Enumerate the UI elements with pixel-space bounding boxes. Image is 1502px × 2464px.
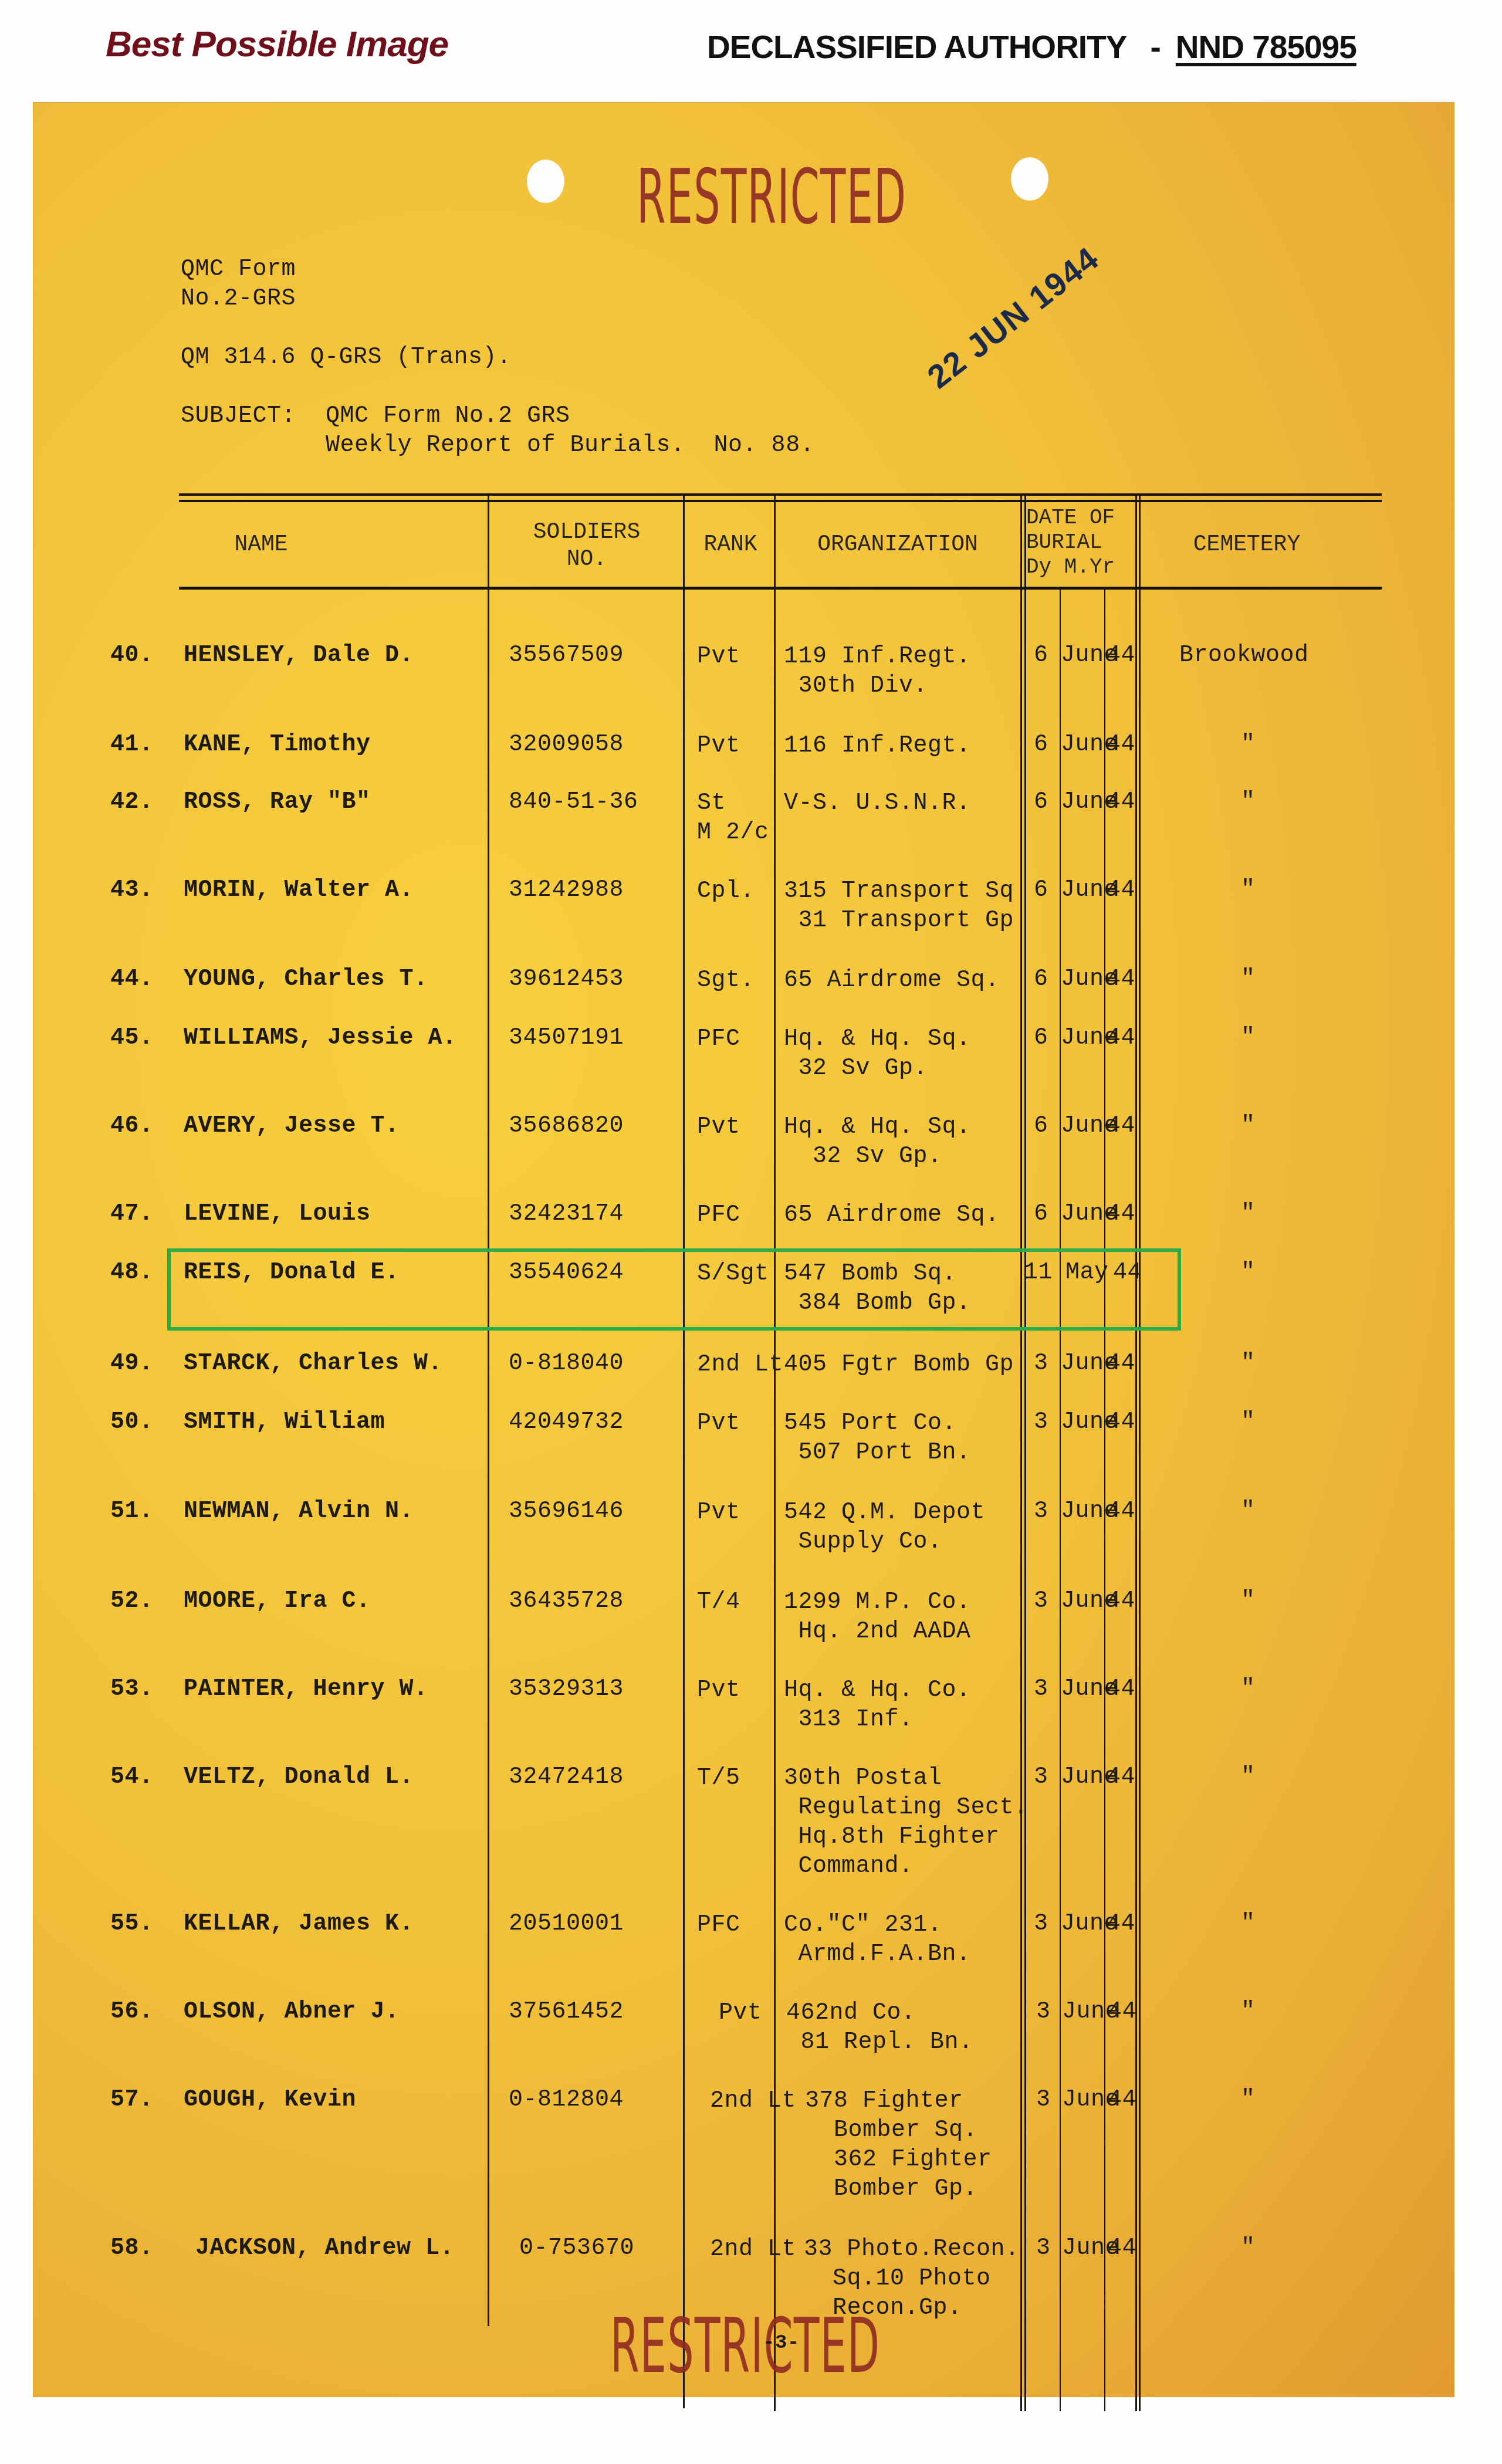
row-name: YOUNG, Charles T. [184,966,428,993]
best-possible-image-label: Best Possible Image [106,23,448,65]
row-organization: 405 Fgtr Bomb Gp [784,1351,1014,1380]
row-number: 46. [110,1113,154,1139]
row-cemetery-ditto: " [1241,1409,1256,1436]
restricted-stamp-bottom: RESTRICTED [610,2303,880,2390]
row-organization: V-S. U.S.N.R. [784,789,971,818]
row-organization: 65 Airdrome Sq. [784,1201,1000,1230]
row-day: 6 [1034,966,1048,993]
row-serial: 39612453 [509,966,624,993]
row-name: WILLIAMS, Jessie A. [184,1025,457,1051]
row-day: 3 [1036,1999,1051,2025]
row-cemetery-ditto: " [1241,1588,1256,1615]
row-rank: Pvt [719,1999,762,2028]
row-rank: T/4 [697,1588,740,1617]
row-number: 41. [110,732,154,758]
row-number: 48. [110,1260,154,1286]
row-rank: PFC [697,1025,740,1054]
row-number: 49. [110,1351,154,1377]
row-organization: 315 Transport Sq 31 Transport Gp [784,877,1014,936]
row-year: 44 [1107,642,1135,669]
row-name: STARCK, Charles W. [184,1351,442,1377]
row-name: LEVINE, Louis [184,1201,371,1227]
row-organization: 65 Airdrome Sq. [784,966,1000,996]
subject-line2: Weekly Report of Burials. No. 88. [326,432,814,459]
row-organization: 119 Inf.Regt. 30th Div. [784,642,971,701]
row-day: 3 [1036,2235,1051,2262]
row-month: May [1065,1260,1109,1286]
row-name: SMITH, William [184,1409,385,1436]
row-number: 44. [110,966,154,993]
row-day: 6 [1034,1113,1048,1139]
row-name: REIS, Donald E. [184,1260,400,1286]
row-year: 44 [1107,1588,1135,1615]
row-rank: Cpl. [697,877,755,906]
row-organization: 547 Bomb Sq. 384 Bomb Gp. [784,1260,971,1318]
table-top-rule-1 [179,493,1382,496]
row-organization: 545 Port Co. 507 Port Bn. [784,1409,971,1468]
row-year: 44 [1107,1911,1135,1937]
header-name: NAME [232,532,290,559]
row-serial: 20510001 [509,1911,624,1937]
row-serial: 34507191 [509,1025,624,1051]
page-number: -3- [763,2332,800,2354]
punch-hole-left [527,160,564,203]
row-cemetery-ditto: " [1241,1351,1256,1377]
file-reference: QM 314.6 Q-GRS (Trans). [181,344,512,371]
row-organization: Hq. & Hq. Co. 313 Inf. [784,1676,971,1735]
row-day: 6 [1034,877,1048,903]
row-rank: Pvt [697,1409,740,1439]
row-rank: Pvt [697,732,740,761]
row-day: 3 [1034,1498,1048,1525]
row-name: OLSON, Abner J. [184,1999,400,2025]
row-name: PAINTER, Henry W. [184,1676,428,1703]
row-day: 3 [1034,1588,1048,1615]
row-serial: 840-51-36 [509,789,638,815]
col-divider-date-cemetery-a [1135,496,1137,2411]
row-cemetery-ditto: " [1241,1498,1256,1525]
row-organization: 1299 M.P. Co. Hq. 2nd AADA [784,1588,971,1647]
row-rank: St M 2/c [697,789,769,848]
row-serial: 31242988 [509,877,624,903]
row-cemetery-ditto: " [1241,877,1256,903]
row-serial: 35696146 [509,1498,624,1525]
subject-label: SUBJECT: [181,403,296,429]
declassified-authority-label: DECLASSIFIED AUTHORITY-NND 785095 [707,28,1356,66]
nnd-code: NND 785095 [1176,29,1356,65]
subject-line1: QMC Form No.2 GRS [326,403,570,429]
row-name: ROSS, Ray "B" [184,789,371,815]
row-rank: Pvt [697,1498,740,1528]
row-day: 6 [1034,1025,1048,1051]
row-number: 51. [110,1498,154,1525]
row-rank: PFC [697,1201,740,1230]
row-organization: 542 Q.M. Depot Supply Co. [784,1498,985,1557]
row-organization: 116 Inf.Regt. [784,732,971,761]
header-cemetery: CEMETERY [1144,532,1349,559]
row-year: 44 [1107,877,1135,903]
row-serial: 32472418 [509,1764,624,1791]
row-organization: Co."C" 231. Armd.F.A.Bn. [784,1911,971,1969]
row-organization: 462nd Co. 81 Repl. Bn. [786,1999,973,2057]
row-year: 44 [1107,1113,1135,1139]
row-day: 3 [1034,1676,1048,1703]
row-year: 44 [1107,966,1135,993]
row-rank: 2nd Lt [710,2235,796,2265]
row-serial: 32423174 [509,1201,624,1227]
header-date-of-burial: DATE OF BURIAL Dy M.Yr [1024,506,1141,580]
row-rank: Pvt [697,1676,740,1705]
row-day: 3 [1036,2087,1051,2113]
row-day: 6 [1034,732,1048,758]
row-rank: Sgt. [697,966,755,996]
table-top-rule-2 [179,500,1382,502]
row-serial: 36435728 [509,1588,624,1615]
row-serial: 0-818040 [509,1351,624,1377]
row-day: 3 [1034,1911,1048,1937]
row-cemetery-ditto: " [1241,789,1256,815]
row-rank: Pvt [697,1113,740,1142]
row-rank: PFC [697,1911,740,1940]
row-organization: Hq. & Hq. Sq. 32 Sv Gp. [784,1025,971,1084]
row-cemetery-ditto: " [1241,1676,1256,1703]
row-name: MORIN, Walter A. [184,877,414,903]
declassified-authority-text: DECLASSIFIED AUTHORITY [707,29,1126,65]
row-cemetery-ditto: " [1241,1025,1256,1051]
row-cemetery-ditto: " [1241,1201,1256,1227]
row-number: 55. [110,1911,154,1937]
row-name: KANE, Timothy [184,732,371,758]
row-day: 6 [1034,789,1048,815]
row-cemetery-ditto: " [1241,1260,1256,1286]
row-year: 44 [1107,1025,1135,1051]
row-year: 44 [1107,1676,1135,1703]
row-rank: 2nd Lt [710,2087,796,2116]
row-cemetery: Brookwood [1179,642,1309,669]
row-rank: T/5 [697,1764,740,1793]
row-number: 53. [110,1676,154,1703]
col-divider-serial-rank [683,496,685,2408]
row-year: 44 [1108,2235,1136,2262]
row-number: 56. [110,1999,154,2025]
row-serial: 37561452 [509,1999,624,2025]
row-organization: Hq. & Hq. Sq. 32 Sv Gp. [784,1113,971,1172]
row-year: 44 [1107,789,1135,815]
row-year: 44 [1107,1764,1135,1791]
row-number: 50. [110,1409,154,1436]
banner-dash: - [1150,29,1160,65]
row-number: 42. [110,789,154,815]
row-name: AVERY, Jesse T. [184,1113,400,1139]
row-year: 44 [1108,2087,1136,2113]
col-divider-org-date-a [1020,496,1022,2411]
row-serial: 35686820 [509,1113,624,1139]
row-year: 44 [1113,1260,1142,1286]
header-soldiers-no: SOLDIERS NO. [516,519,657,573]
row-cemetery-ditto: " [1241,732,1256,758]
table-header-bottom-rule [179,587,1382,590]
row-serial: 35567509 [509,642,624,669]
row-serial: 0-812804 [509,2087,624,2113]
row-serial: 32009058 [509,732,624,758]
row-name: KELLAR, James K. [184,1911,414,1937]
row-cemetery-ditto: " [1241,1911,1256,1937]
row-year: 44 [1107,1498,1135,1525]
col-divider-date-cemetery-b [1139,496,1141,2411]
row-organization: 378 Fighter Bomber Sq. 362 Fighter Bombe… [805,2087,992,2204]
row-cemetery-ditto: " [1241,1764,1256,1791]
row-serial: 35540624 [509,1260,624,1286]
row-number: 57. [110,2087,154,2113]
row-name: VELTZ, Donald L. [184,1764,414,1791]
row-name: NEWMAN, Alvin N. [184,1498,414,1525]
row-organization: 30th Postal Regulating Sect. Hq.8th Figh… [784,1764,1029,1881]
row-cemetery-ditto: " [1241,1113,1256,1139]
form-id-line2: No.2-GRS [181,286,296,312]
row-rank: Pvt [697,642,740,672]
row-year: 44 [1107,732,1135,758]
header-organization: ORGANIZATION [786,532,1009,559]
row-cemetery-ditto: " [1241,1999,1256,2025]
row-day: 3 [1034,1409,1048,1436]
row-cemetery-ditto: " [1241,966,1256,993]
row-number: 40. [110,642,154,669]
row-name: GOUGH, Kevin [184,2087,356,2113]
row-name: HENSLEY, Dale D. [184,642,414,669]
col-divider-org-date-b [1024,496,1026,2411]
row-day: 3 [1034,1764,1048,1791]
punch-hole-right [1011,157,1048,201]
row-year: 44 [1107,1409,1135,1436]
row-day: 11 [1024,1260,1053,1286]
row-number: 43. [110,877,154,903]
form-id-line1: QMC Form [181,256,296,283]
row-name: MOORE, Ira C. [184,1588,371,1615]
header-rank: RANK [695,532,766,559]
col-divider-rank-org [774,496,776,2411]
row-number: 47. [110,1201,154,1227]
row-serial: 35329313 [509,1676,624,1703]
row-rank: S/Sgt [697,1260,769,1289]
row-cemetery-ditto: " [1241,2235,1256,2262]
row-name: JACKSON, Andrew L. [195,2235,454,2262]
row-number: 45. [110,1025,154,1051]
row-day: 6 [1034,1201,1048,1227]
row-serial: 0-753670 [519,2235,634,2262]
restricted-stamp-top: RESTRICTED [637,154,906,241]
row-number: 58. [110,2235,154,2262]
row-number: 52. [110,1588,154,1615]
col-divider-name-serial [488,496,489,2326]
row-year: 44 [1107,1351,1135,1377]
row-cemetery-ditto: " [1241,2087,1256,2113]
row-rank: 2nd Lt [697,1351,783,1380]
row-year: 44 [1108,1999,1136,2025]
row-year: 44 [1107,1201,1135,1227]
row-serial: 42049732 [509,1409,624,1436]
row-day: 3 [1034,1351,1048,1377]
row-number: 54. [110,1764,154,1791]
row-day: 6 [1034,642,1048,669]
